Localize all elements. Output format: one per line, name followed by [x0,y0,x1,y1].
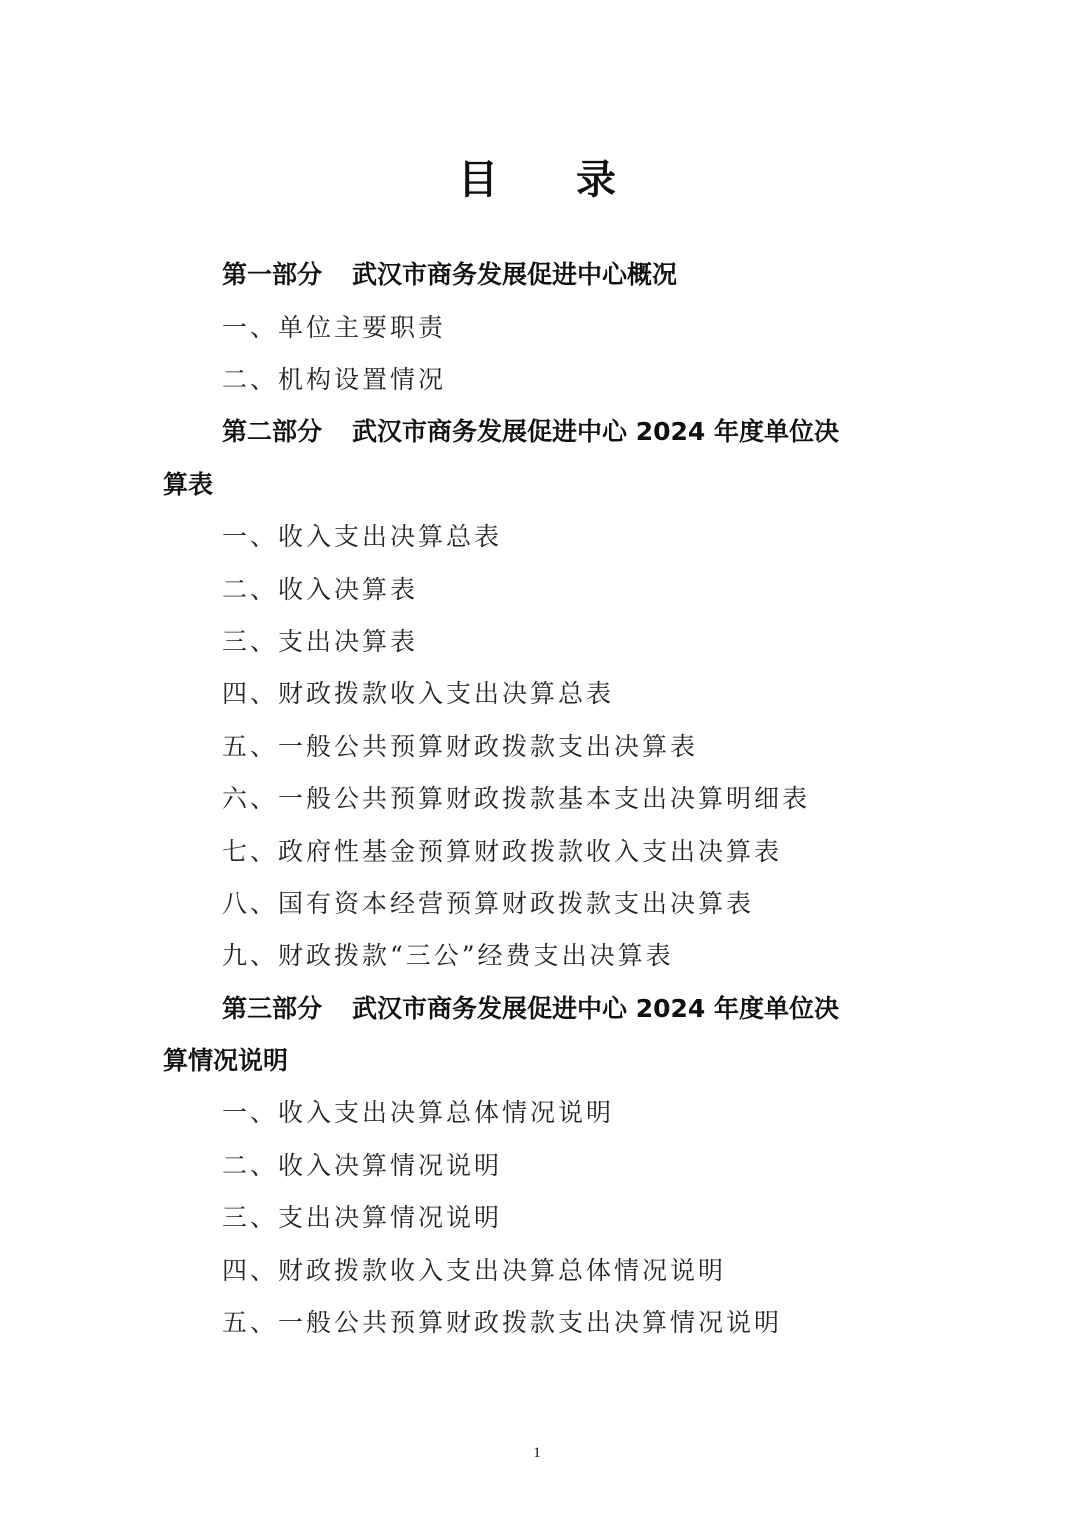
toc-entry[interactable]: 四、财政拨款收入支出决算总体情况说明 [222,1256,726,1286]
toc-entry[interactable]: 四、财政拨款收入支出决算总表 [222,679,614,709]
part-label: 第一部分 [222,260,322,289]
toc-part-3-heading-cont[interactable]: 算情况说明 [163,1046,288,1076]
toc-part-2-heading[interactable]: 第二部分武汉市商务发展促进中心 2024 年度单位决 [222,417,839,447]
toc-entry[interactable]: 三、支出决算情况说明 [222,1203,502,1233]
part-label: 第二部分 [222,417,322,446]
part-title: 武汉市商务发展促进中心 2024 年度单位决 [352,994,839,1023]
toc-part-2-heading-cont[interactable]: 算表 [163,470,213,500]
toc-entry[interactable]: 五、一般公共预算财政拨款支出决算情况说明 [222,1308,782,1338]
toc-entry[interactable]: 一、收入支出决算总体情况说明 [222,1098,614,1128]
toc-entry[interactable]: 七、政府性基金预算财政拨款收入支出决算表 [222,837,782,867]
page-number: 1 [0,1445,1074,1462]
toc-entry[interactable]: 一、单位主要职责 [222,313,446,343]
toc-entry[interactable]: 二、机构设置情况 [222,365,446,395]
toc-part-3-heading[interactable]: 第三部分武汉市商务发展促进中心 2024 年度单位决 [222,994,839,1024]
toc-entry[interactable]: 八、国有资本经营预算财政拨款支出决算表 [222,889,754,919]
toc-entry[interactable]: 九、财政拨款“三公”经费支出决算表 [222,941,674,971]
part-title: 武汉市商务发展促进中心 2024 年度单位决 [352,417,839,446]
toc-part-1-heading[interactable]: 第一部分武汉市商务发展促进中心概况 [222,260,677,290]
document-page: 目录 第一部分武汉市商务发展促进中心概况 一、单位主要职责 二、机构设置情况 第… [0,0,1074,1520]
toc-title-char-1: 目 [458,148,498,205]
toc-entry[interactable]: 二、收入决算表 [222,575,418,605]
toc-entry[interactable]: 五、一般公共预算财政拨款支出决算表 [222,732,698,762]
toc-title: 目录 [0,148,1074,205]
toc-entry[interactable]: 六、一般公共预算财政拨款基本支出决算明细表 [222,784,810,814]
toc-entry[interactable]: 一、收入支出决算总表 [222,522,502,552]
toc-entry[interactable]: 三、支出决算表 [222,627,418,657]
part-label: 第三部分 [222,994,322,1023]
toc-entry[interactable]: 二、收入决算情况说明 [222,1151,502,1181]
toc-title-char-2: 录 [576,148,616,205]
part-title: 武汉市商务发展促进中心概况 [352,260,677,289]
